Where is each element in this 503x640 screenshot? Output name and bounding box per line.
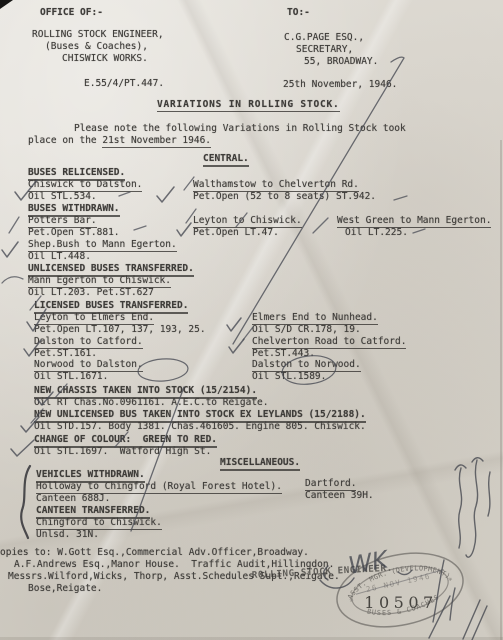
checkmark xyxy=(229,339,244,353)
pencil-stroke xyxy=(472,606,487,640)
copies-line: Bose,Reigate. xyxy=(28,583,102,594)
checkmark xyxy=(157,187,174,202)
handwriting-flourish xyxy=(398,570,412,575)
detail-line: Oil LT.448. xyxy=(28,251,91,262)
dash-mark xyxy=(394,196,407,200)
margin-squiggle xyxy=(466,460,478,557)
recipient-line: C.G.PAGE ESQ., xyxy=(284,32,364,43)
detail-line: Pet.ST.161. xyxy=(34,348,97,359)
detail-line: Oil STL.1671. xyxy=(34,371,108,382)
circle-stl1671 xyxy=(137,357,188,382)
detail-line: Oil S/D CR.178, 19. xyxy=(252,324,361,335)
checkmark xyxy=(227,318,241,331)
pencil-stroke xyxy=(463,600,480,639)
detail-line: Oil STL.534. xyxy=(28,191,97,202)
oval-stamp-star-left: * xyxy=(349,597,356,607)
pencil-stroke xyxy=(433,560,444,622)
scan-edge-shadow xyxy=(500,140,502,640)
margin-squiggle xyxy=(488,472,490,516)
oval-stamp-date: 26 NOV 1946 xyxy=(365,571,432,594)
oval-stamp-top-arc-textpath: ASST. MGR. (DEVELOPMENT) xyxy=(342,555,453,601)
detail-line: Pet.Open LT.107, 137, 193, 25. xyxy=(34,324,206,335)
slash-mark xyxy=(313,218,328,233)
margin-squiggle xyxy=(455,465,466,470)
stamp-strike-line xyxy=(355,569,445,594)
oval-stamp-inner-ring xyxy=(347,558,452,621)
copies-line: A.F.Andrews Esq.,Manor House. Traffic Au… xyxy=(14,559,334,570)
detail-line: Oil STL.1697. Watford High St. xyxy=(34,446,211,457)
to-label: TO:- xyxy=(287,7,310,18)
detail-line: Canteen 39H. xyxy=(305,490,374,501)
margin-squiggle xyxy=(472,458,483,462)
oval-stamp-top-arc-text: ASST. MGR. (DEVELOPMENT) xyxy=(342,555,453,601)
detail-line: Pet.ST.443. xyxy=(252,348,315,359)
letter-date: 25th November, 1946. xyxy=(283,79,397,90)
recipient-line: 55, BROADWAY. xyxy=(304,56,378,67)
detail-line: Pet.Open LT.47. xyxy=(193,227,279,238)
oval-stamp-bottom-arc-textpath: BUSES & COACHES xyxy=(365,592,443,622)
margin-squiggle xyxy=(459,468,462,548)
oval-stamp: ASST. MGR. (DEVELOPMENT) BUSES & COACHES… xyxy=(330,542,470,637)
section-miscellaneous-heading: MISCELLANEOUS. xyxy=(220,457,300,471)
section-central-heading: CENTRAL. xyxy=(203,153,249,167)
recipient-line: SECRETARY, xyxy=(296,44,353,55)
checkmark xyxy=(11,440,34,456)
oval-stamp-outer-ring xyxy=(330,542,470,637)
dash-mark xyxy=(413,229,425,233)
handwritten-initials: WK xyxy=(346,545,392,580)
oval-stamp-rotated: ASST. MGR. (DEVELOPMENT) BUSES & COACHES… xyxy=(330,542,470,637)
detail-line: Unlsd. 31N. xyxy=(36,529,99,540)
pencil-stroke xyxy=(450,588,455,620)
scan-corner-artifact xyxy=(0,0,13,9)
from-line: CHISWICK WORKS. xyxy=(62,53,148,64)
from-line: (Buses & Coaches), xyxy=(45,41,148,52)
detail-line: Oil RT Chas.No.0961161. A.E.C.to Reigate… xyxy=(34,397,269,408)
pencil-stroke xyxy=(429,596,450,638)
copies-line: opies to: W.Gott Esq.,Commercial Adv.Off… xyxy=(0,547,309,558)
detail-line: Pet.Open ST.881. xyxy=(28,227,120,238)
detail-line: Oil LT.203. Pet.ST.627 xyxy=(28,287,154,298)
office-of-label: OFFICE OF:- xyxy=(40,7,103,18)
intro-date-underlined: 21st November 1946. xyxy=(102,135,211,148)
from-line: ROLLING STOCK ENGINEER, xyxy=(32,29,164,40)
stamp-serial-number: 10507 xyxy=(364,593,437,612)
document-page: OFFICE OF:- TO:- ROLLING STOCK ENGINEER,… xyxy=(0,0,503,640)
intro-line-2: place on the 21st November 1946. xyxy=(28,135,211,146)
checkmark xyxy=(177,223,191,236)
intro-line-2-prefix: place on the xyxy=(28,135,102,146)
slash-mark xyxy=(9,217,19,233)
dash-mark xyxy=(134,226,146,230)
intro-line-1: Please note the following Variations in … xyxy=(74,123,406,134)
detail-line: Oil STL.1589. xyxy=(252,371,326,382)
detail-line: Pet.Open (52 to 8 seats) ST.942. xyxy=(193,191,376,202)
copies-line: Messrs.Wilford,Wicks, Thorp, Asst.Schedu… xyxy=(8,571,340,582)
detail-line: Oil STD.157. Body 1381. Chas.461605. Eng… xyxy=(34,421,366,432)
reference-number: E.55/4/PT.447. xyxy=(84,78,164,89)
page-title: VARIATIONS IN ROLLING STOCK. xyxy=(157,99,340,112)
dash-mark xyxy=(119,192,130,196)
oval-stamp-star-right: * xyxy=(447,576,454,586)
checkmark xyxy=(2,242,18,257)
oval-stamp-bottom-arc-text: BUSES & COACHES xyxy=(365,592,443,622)
detail-line: Canteen 688J. xyxy=(36,493,110,504)
curve-mark xyxy=(2,277,23,283)
detail-line: Oil LT.225. xyxy=(345,227,408,238)
margin-bracket xyxy=(21,466,30,538)
